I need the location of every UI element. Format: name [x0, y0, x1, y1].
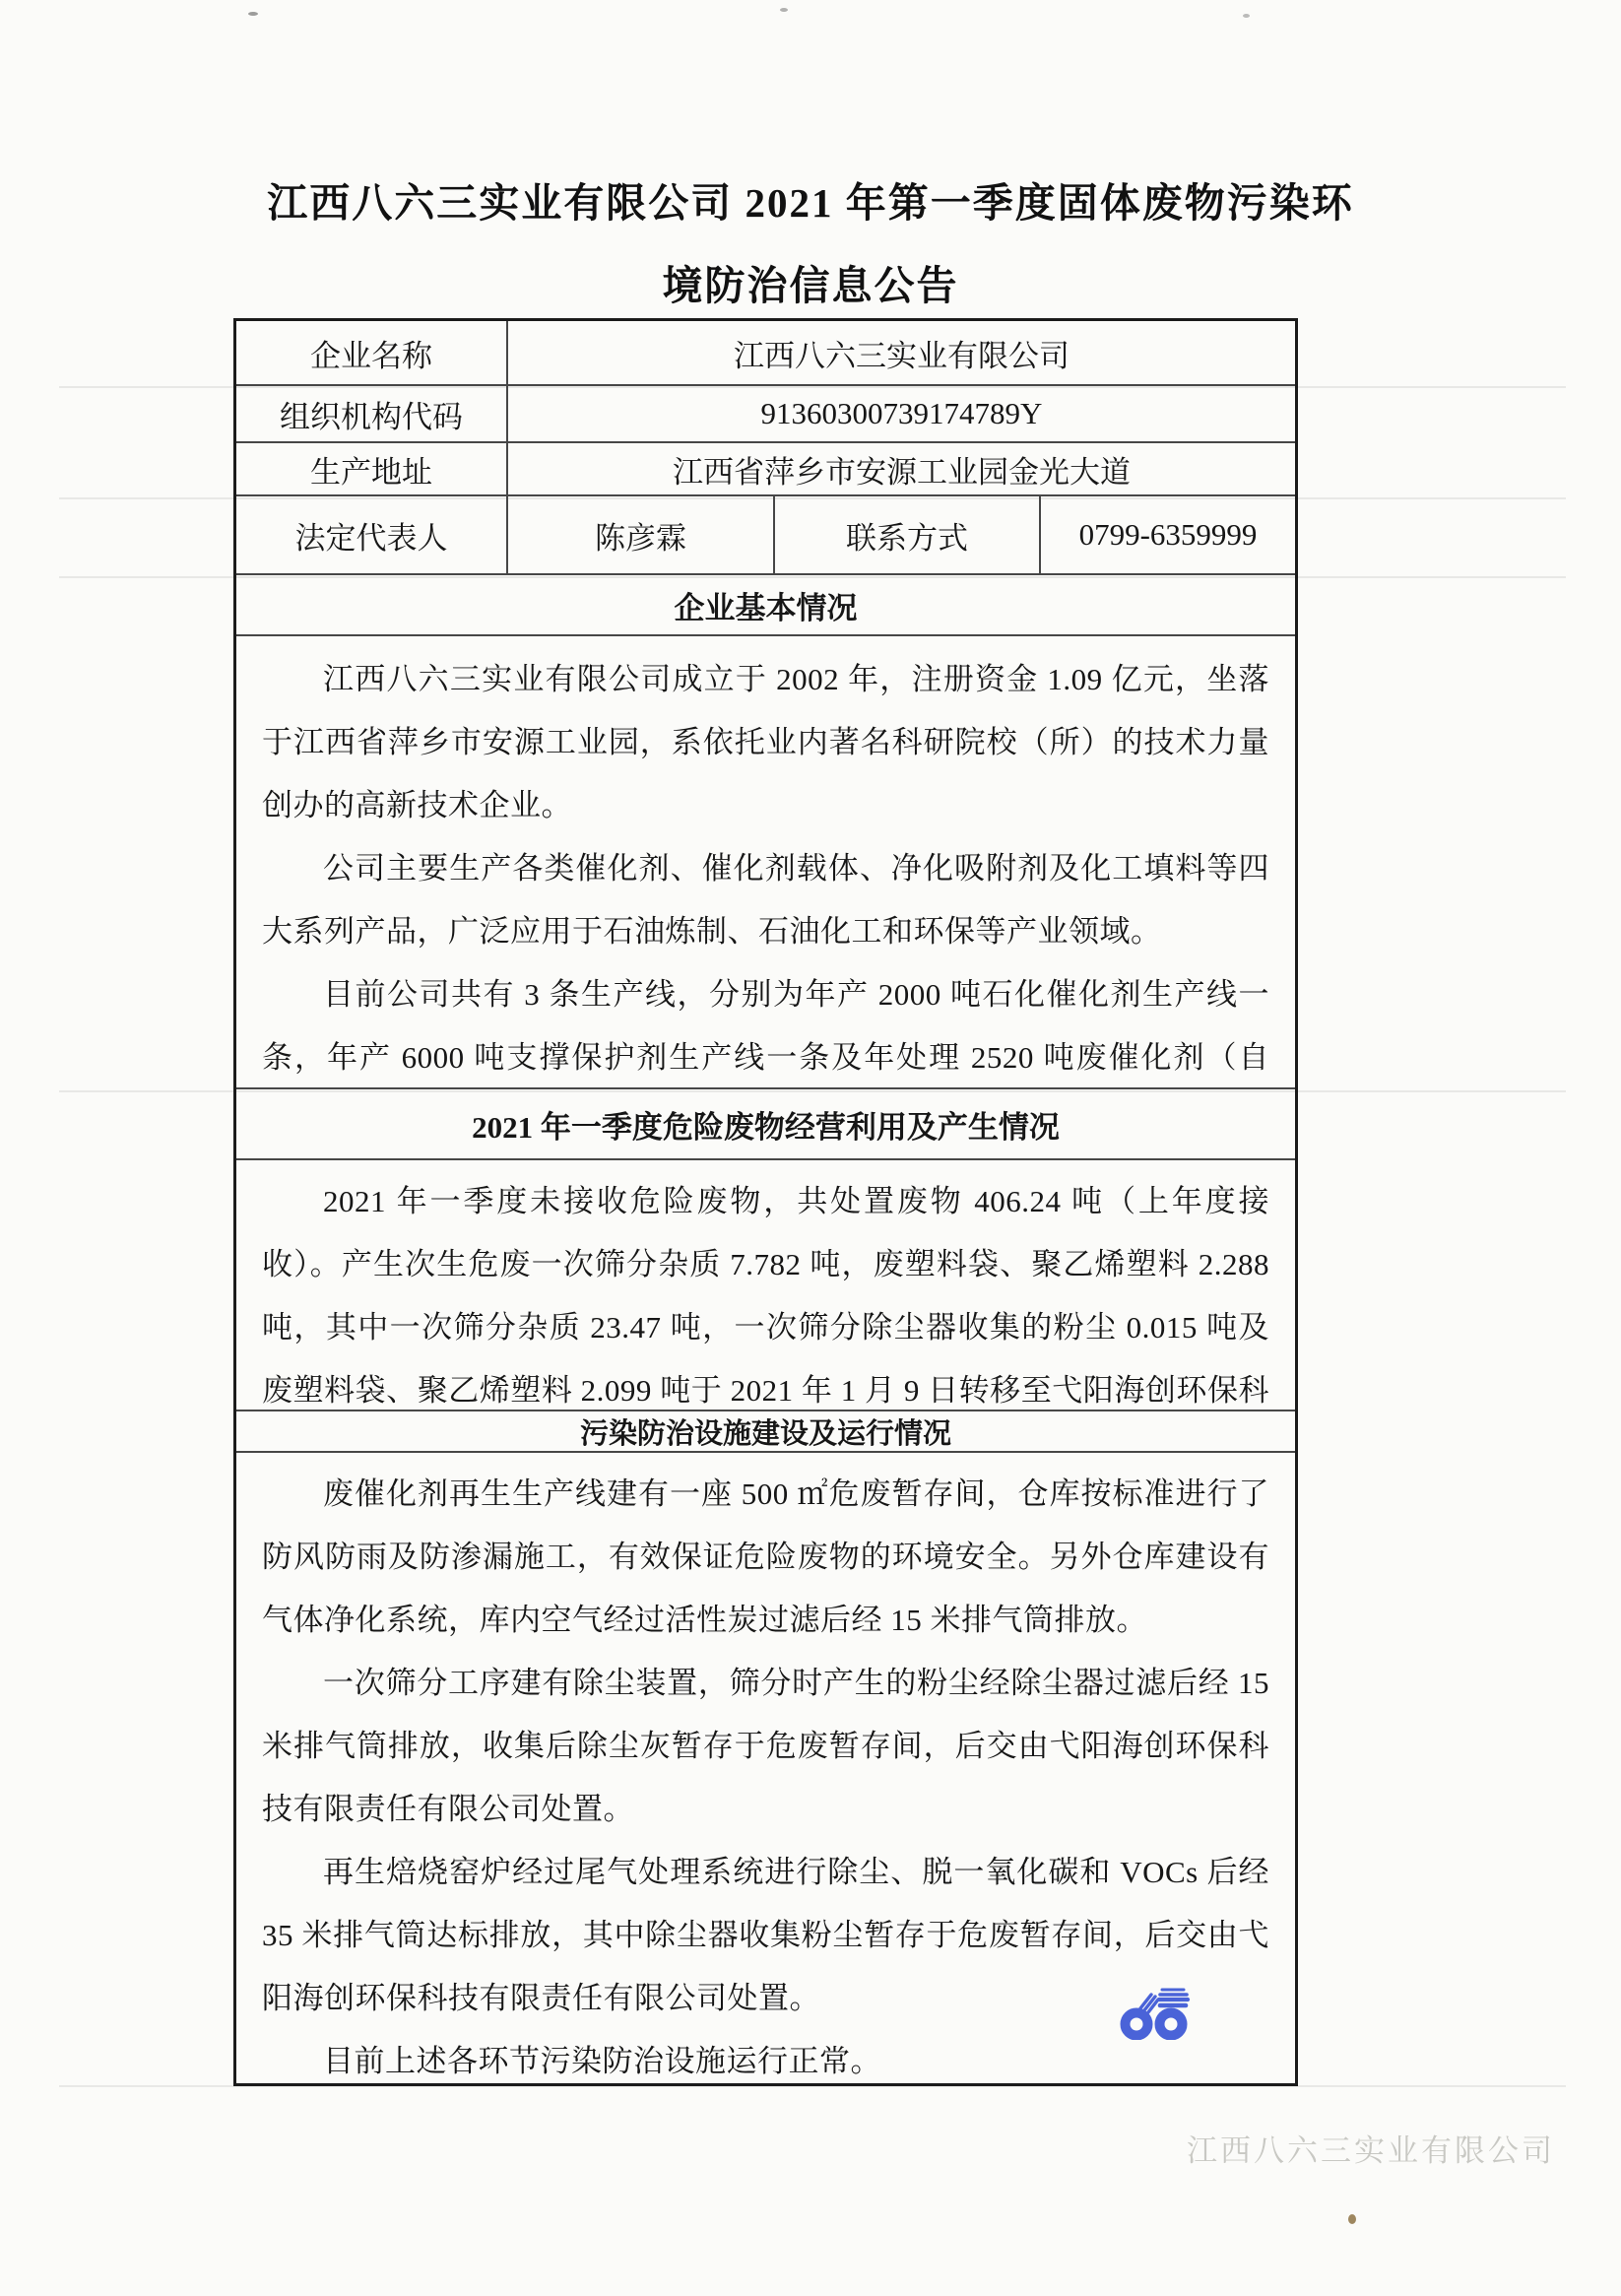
table-row-org-code: 组织机构代码 91360300739174789Y	[236, 386, 1295, 443]
paragraph: 目前公司共有 3 条生产线，分别为年产 2000 吨石化催化剂生产线一条，年产 …	[262, 963, 1269, 1089]
title-line-1: 江西八六三实业有限公司 2021 年第一季度固体废物污染环	[0, 162, 1621, 244]
table-row-company-name: 企业名称 江西八六三实业有限公司	[236, 321, 1295, 386]
field-label-legal-rep: 法定代表人	[236, 496, 506, 573]
field-value-company-name: 江西八六三实业有限公司	[506, 321, 1295, 384]
field-label-company-name: 企业名称	[236, 321, 506, 384]
footer-watermark: 江西八六三实业有限公司	[1187, 2126, 1555, 2170]
scan-speck	[1348, 2214, 1356, 2224]
section-header-basic-info: 企业基本情况	[236, 575, 1295, 636]
table-row-address: 生产地址 江西省萍乡市安源工业园金光大道	[236, 443, 1295, 496]
document-title: 江西八六三实业有限公司 2021 年第一季度固体废物污染环 境防治信息公告	[0, 162, 1621, 327]
section-body-basic-info: 江西八六三实业有限公司成立于 2002 年，注册资金 1.09 亿元，坐落于江西…	[236, 636, 1295, 1089]
table-row-legal-rep: 法定代表人 陈彦霖 联系方式 0799-6359999	[236, 496, 1295, 575]
scan-speck	[248, 12, 258, 16]
field-label-org-code: 组织机构代码	[236, 386, 506, 441]
info-table: 企业名称 江西八六三实业有限公司 组织机构代码 9136030073917478…	[233, 318, 1298, 2086]
field-value-contact: 0799-6359999	[1039, 496, 1295, 573]
paragraph: 公司主要生产各类催化剂、催化剂载体、净化吸附剂及化工填料等四大系列产品，广泛应用…	[262, 837, 1269, 963]
section-header-pollution-control: 污染防治设施建设及运行情况	[236, 1411, 1295, 1453]
field-value-org-code: 91360300739174789Y	[506, 386, 1295, 441]
paragraph: 2021 年一季度未接收危险废物，共处置废物 406.24 吨（上年度接收）。产…	[262, 1170, 1269, 1411]
field-value-legal-rep: 陈彦霖	[506, 496, 773, 573]
title-line-2: 境防治信息公告	[0, 244, 1621, 327]
field-label-contact: 联系方式	[773, 496, 1039, 573]
field-label-address: 生产地址	[236, 443, 506, 494]
paragraph: 江西八六三实业有限公司成立于 2002 年，注册资金 1.09 亿元，坐落于江西…	[262, 648, 1269, 837]
field-value-address: 江西省萍乡市安源工业园金光大道	[506, 443, 1295, 494]
section-header-hazardous-waste: 2021 年一季度危险废物经营利用及产生情况	[236, 1089, 1295, 1160]
scan-speck	[780, 8, 788, 12]
scan-speck	[1243, 14, 1250, 18]
paragraph: 一次筛分工序建有除尘装置，筛分时产生的粉尘经除尘器过滤后经 15 米排气筒排放，…	[262, 1652, 1269, 1841]
section-body-hazardous-waste: 2021 年一季度未接收危险废物，共处置废物 406.24 吨（上年度接收）。产…	[236, 1160, 1295, 1411]
scanned-document-page: 江西八六三实业有限公司 2021 年第一季度固体废物污染环 境防治信息公告 企业…	[0, 0, 1621, 2296]
paragraph: 废催化剂再生生产线建有一座 500 ㎡危废暂存间，仓库按标准进行了防风防雨及防渗…	[262, 1463, 1269, 1652]
company-63-logo-icon	[1115, 1985, 1192, 2040]
